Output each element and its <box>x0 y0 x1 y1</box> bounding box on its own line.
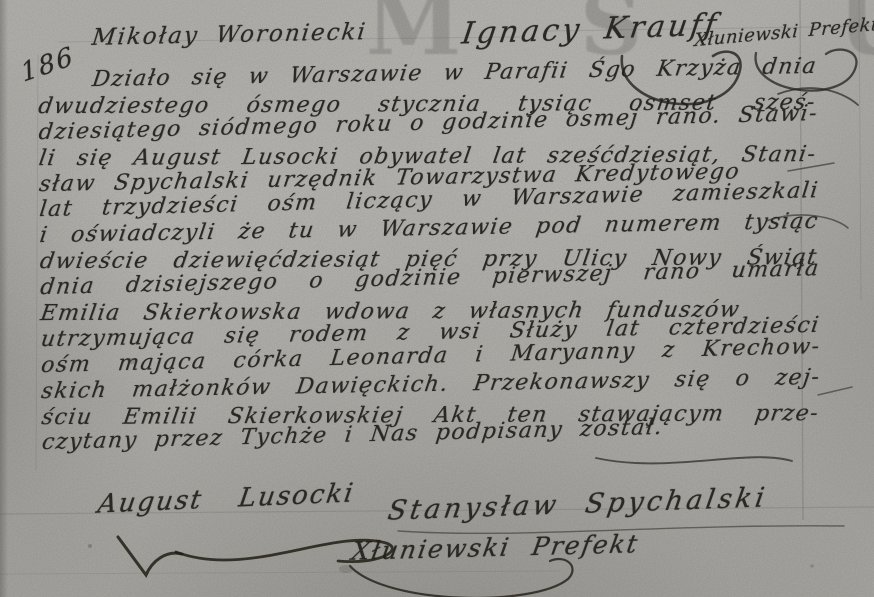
document-scan: M S U Mikołay Woroniecki Ignacy Krauff X… <box>0 0 874 597</box>
signature-witness-2: Stanysław Spychalski <box>386 482 770 526</box>
signature-witness-1: August Lusocki <box>96 478 357 519</box>
margin-annotation-name: Mikołay Woroniecki <box>90 19 368 51</box>
margin-annotation-name: Ignacy Krauff <box>460 7 722 51</box>
manuscript-body: Działo się w Warszawie w Parafii Śgo Krz… <box>38 60 832 457</box>
signature-officiant: Xłuniewski Prefekt <box>350 529 642 566</box>
